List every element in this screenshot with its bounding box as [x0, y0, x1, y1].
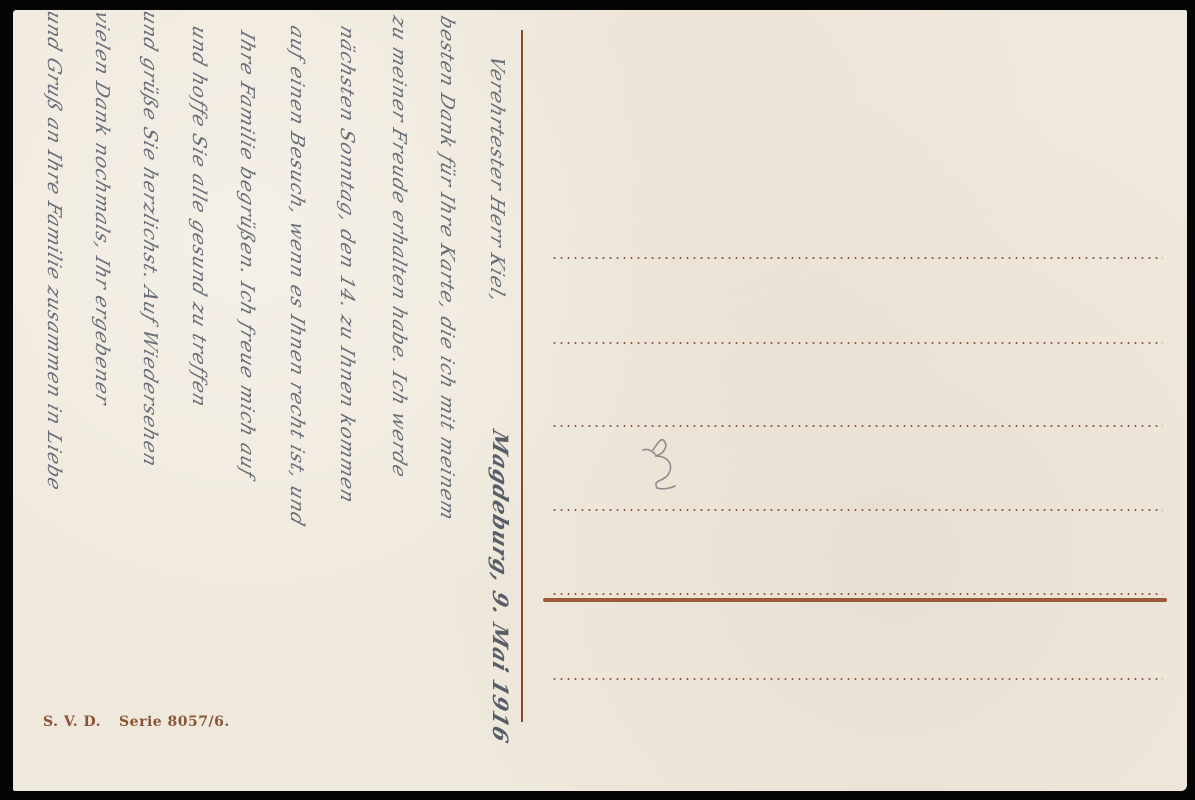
- address-line-3: [551, 425, 1163, 427]
- address-underline-solid: [543, 598, 1167, 602]
- publisher-name: S. V. D.: [43, 714, 101, 730]
- postcard-back: Magdeburg, 9. Mai 1916 Verehrtester Herr…: [13, 10, 1187, 791]
- address-line-2: [551, 342, 1163, 344]
- pencil-mark-3-icon: [635, 430, 685, 490]
- handwriting-line: und grüße Sie herzlichst. Auf Wiedersehe…: [139, 8, 161, 470]
- address-line-4: [551, 509, 1163, 511]
- handwriting-line: besten Dank für Ihre Karte, die ich mit …: [436, 13, 458, 524]
- series-number: Serie 8057/6.: [119, 714, 230, 730]
- handwriting-line: und hoffe Sie alle gesund zu treffen: [188, 23, 210, 411]
- handwriting-line: und Gruß an Ihre Familie zusammen in Lie…: [43, 8, 65, 494]
- handwriting-date-line: Magdeburg, 9. Mai 1916: [488, 427, 513, 747]
- handwriting-line: Ihre Familie begrüßen. Ich freue mich au…: [236, 28, 258, 481]
- handwriting-line: auf einen Besuch, wenn es Ihnen recht is…: [286, 23, 308, 530]
- publisher-imprint: S. V. D.Serie 8057/6.: [43, 714, 248, 730]
- handwriting-line: nächsten Sonntag, den 14. zu Ihnen komme…: [336, 23, 358, 507]
- address-line-1: [551, 257, 1163, 259]
- handwriting-line: Verehrtester Herr Kiel,: [486, 53, 508, 306]
- vertical-divider: [521, 30, 523, 722]
- handwriting-line: zu meiner Freude erhalten habe. Ich werd…: [388, 13, 410, 481]
- address-line-6: [551, 678, 1163, 680]
- address-line-5: [551, 593, 1163, 595]
- handwriting-line: vielen Dank nochmals, Ihr ergebener: [91, 8, 113, 409]
